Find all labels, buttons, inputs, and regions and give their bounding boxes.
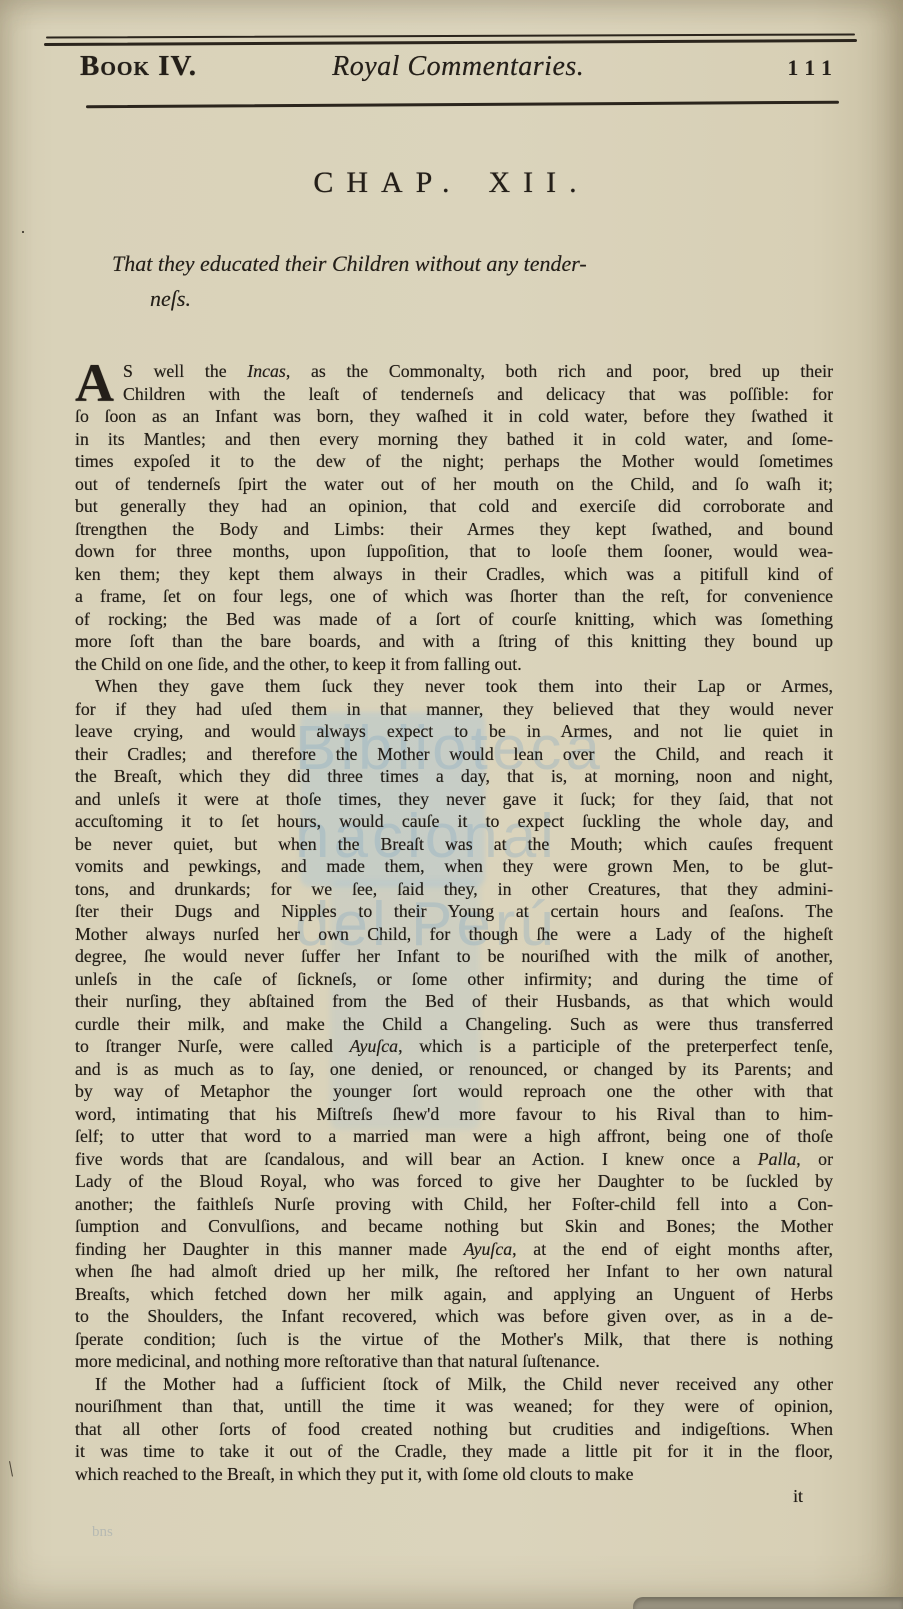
paragraph: AS well the Incas, as the Commonalty, bo… (75, 360, 833, 675)
text-line: Breaſts, which fetched down her milk aga… (75, 1283, 833, 1306)
show-through-mark: bns (92, 1524, 113, 1541)
text-line: ſtrengthen the Body and Limbs: their Arm… (75, 518, 833, 541)
text-line: it was time to take it out of the Cradle… (75, 1440, 833, 1463)
top-rule-thin (46, 33, 855, 38)
text-line: five words that are ſcandalous, and will… (75, 1148, 833, 1171)
text-line: for if they had uſed them in that manner… (75, 698, 833, 721)
drop-cap: A (75, 361, 114, 405)
page-number: 111 (787, 55, 839, 81)
text-line: their nurſing, they abſtained from the B… (75, 990, 833, 1013)
paragraph: When they gave them ſuck they never took… (75, 675, 833, 1373)
text-line: another; the faithleſs Nurſe proving wit… (75, 1193, 833, 1216)
text-line: the Child on one ſide, and the other, to… (75, 653, 833, 676)
text-line: leave crying, and would always expect to… (75, 720, 833, 743)
text-line: a frame, ſet on four legs, one of which … (75, 585, 833, 608)
text-line: be never quiet, but when the Breaſt was … (75, 833, 833, 856)
header-bottom-rule (86, 101, 839, 109)
text-line: accuſtoming it to ſet hours, would cauſe… (75, 810, 833, 833)
text-line: but generally they had an opinion, that … (75, 495, 833, 518)
text-line: unleſs in the caſe of ſickneſs, or ſome … (75, 968, 833, 991)
text-line: times expoſed it to the dew of the night… (75, 450, 833, 473)
running-header: Book IV. Royal Commentaries. 111 (80, 50, 839, 83)
text-line: vomits and pewkings, and made them, when… (75, 855, 833, 878)
text-line: out of tenderneſs ſpirt the water out of… (75, 473, 833, 496)
text-line: curdle their milk, and make the Child a … (75, 1013, 833, 1036)
text-line: which reached to the Breaſt, in which th… (75, 1463, 833, 1486)
paragraph: If the Mother had a ſufficient ſtock of … (75, 1373, 833, 1486)
text-line: the Breaſt, which they did three times a… (75, 765, 833, 788)
margin-speck: · (20, 222, 26, 243)
text-line: Lady of the Bloud Royal, who was forced … (75, 1170, 833, 1193)
text-line: finding her Daughter in this manner made… (75, 1238, 833, 1261)
text-line: to ſtranger Nurſe, were called Ayuſca, w… (75, 1035, 833, 1058)
next-page-edge (633, 1597, 903, 1609)
text-line: more ſoft than the bare boards, and with… (75, 630, 833, 653)
text-line: to the Shoulders, the Infant recovered, … (75, 1305, 833, 1328)
text-line: word, intimating that his Miſtreſs ſhew'… (75, 1103, 833, 1126)
text-line: in its Mantles; and then every morning t… (75, 428, 833, 451)
text-line: ſelf; to utter that word to a married ma… (75, 1125, 833, 1148)
chapter-heading-word: CHAP. (313, 166, 462, 199)
text-line: of rocking; the Bed was made of a ſort o… (75, 608, 833, 631)
text-line: ſperate condition; ſuch is the virtue of… (75, 1328, 833, 1351)
text-line: ſo ſoon as an Infant was born, they waſh… (75, 405, 833, 428)
text-line: ken them; they kept them always in their… (75, 563, 833, 586)
text-line: S well the Incas, as the Commonalty, bot… (75, 360, 833, 383)
running-title: Royal Commentaries. (332, 51, 584, 83)
text-line: that all other ſorts of food created not… (75, 1418, 833, 1441)
text-line: and unleſs it were at thoſe times, they … (75, 788, 833, 811)
chapter-heading-number: XII. (489, 166, 590, 199)
text-line: and is as much as to ſay, one denied, or… (75, 1058, 833, 1081)
text-line: their Cradles; and therefore the Mother … (75, 743, 833, 766)
text-line: degree, ſhe would never ſuffer her Infan… (75, 945, 833, 968)
subtitle-line: That they educated their Children withou… (112, 246, 823, 281)
text-line: Mother always nurſed her own Child, for … (75, 923, 833, 946)
top-rule-thick (44, 39, 857, 46)
text-line: down for three months, upon ſuppoſition,… (75, 540, 833, 563)
text-line: When they gave them ſuck they never took… (75, 675, 833, 698)
text-line: when ſhe had almoſt dried up her milk, ſ… (75, 1260, 833, 1283)
chapter-heading: CHAP.XII. (0, 166, 903, 200)
subtitle-line: neſs. (112, 281, 823, 316)
stray-pen-mark: \ (6, 1456, 16, 1483)
book-label: Book IV. (80, 50, 197, 83)
text-line: ſumption and Convulſions, and became not… (75, 1215, 833, 1238)
text-line: more medicinal, and nothing more reſtora… (75, 1350, 833, 1373)
text-line: tons, and drunkards; for we ſee, ſaid th… (75, 878, 833, 901)
chapter-subtitle: That they educated their Children withou… (112, 246, 823, 316)
book-page: Biblioteca nacional del Perú Book IV. Ro… (0, 0, 903, 1609)
catchword: it (75, 1485, 833, 1508)
body-text: AS well the Incas, as the Commonalty, bo… (75, 360, 833, 1508)
text-line: If the Mother had a ſufficient ſtock of … (75, 1373, 833, 1396)
text-line: nouriſhment than that, untill the time i… (75, 1395, 833, 1418)
text-line: by way of Metaphor the younger ſort woul… (75, 1080, 833, 1103)
text-line: Children with the leaſt of tenderneſs an… (75, 383, 833, 406)
text-line: ſter their Dugs and Nipples to their You… (75, 900, 833, 923)
